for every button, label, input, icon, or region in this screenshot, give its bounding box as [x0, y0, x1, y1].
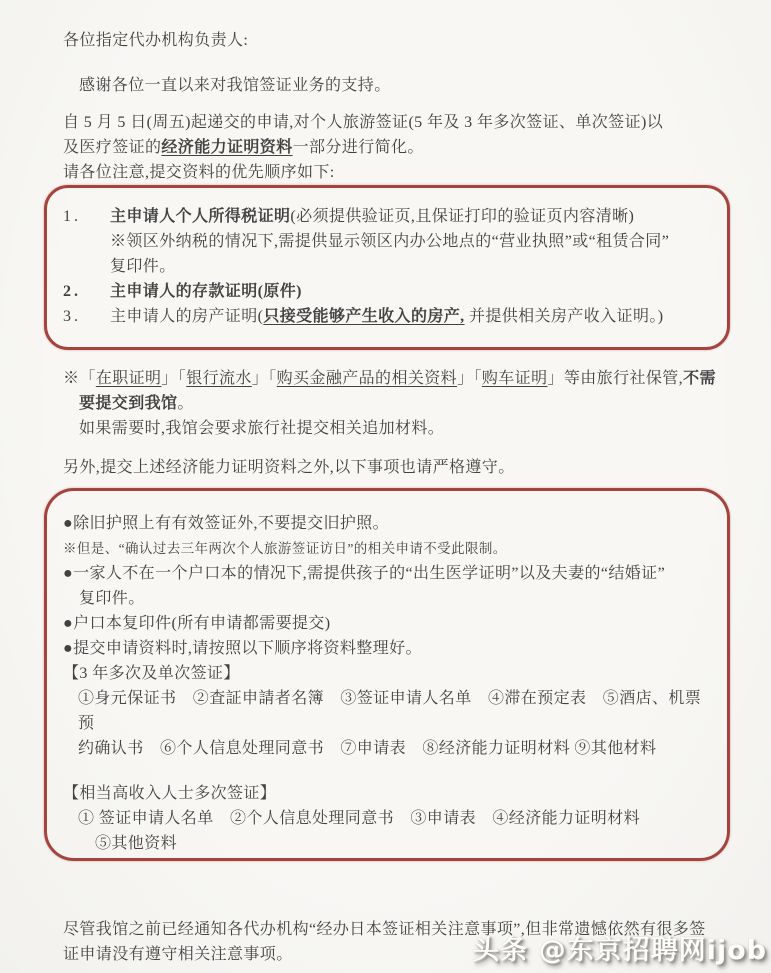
order-group-1-title: 【3 年多次及单次签证】 [63, 661, 713, 686]
order-group-2-line-1: ① 签证申请人名单 ②个人信息处理同意书 ③申请表 ④经济能力证明材料 [63, 806, 713, 831]
rule-family-hukou: ●一家人不在一个户口本的情况下,需提供孩子的“出生医学证明”以及夫妻的“结婚证” [63, 561, 713, 586]
priority-item-3: 3. 主申请人的房产证明(只接受能够产生收入的房产, 并提供相关房产收入证明。) [63, 304, 713, 329]
order-group-high-income: 【相当高收入人士多次签证】 ① 签证申请人名单 ②个人信息处理同意书 ③申请表 … [63, 781, 713, 856]
intro-line-3: 请各位注意,提交资料的优先顺序如下: [63, 160, 731, 185]
intro-line-2: 及医疗签证的经济能力证明资料一部分进行简化。 [63, 135, 731, 160]
priority-item-2-number: 2. [63, 279, 110, 304]
order-group-1-line-1: ①身元保证书 ②査証申請者名簿 ③签证申请人名单 ④滞在预定表 ⑤酒店、机票预 [63, 686, 713, 736]
priority-item-2-line-1: 主申请人的存款证明(原件) [110, 279, 713, 304]
priority-item-3-text: 主申请人的房产证明(只接受能够产生收入的房产, 并提供相关房产收入证明。) [110, 304, 713, 329]
priority-item-1-note-cont: 复印件。 [110, 254, 713, 279]
intro-line-1: 自 5 月 5 日(周五)起递交的申请,对个人旅游签证(5 年及 3 年多次签证… [63, 110, 731, 135]
thanks-paragraph: 感谢各位一直以来对我馆签证业务的支持。 [79, 73, 726, 98]
keep-note-line-1: ※「在职证明」「银行流水」「购买金融产品的相关资料」「购车证明」等由旅行社保管,… [63, 366, 731, 391]
rule-family-hukou-cont: 复印件。 [63, 586, 713, 611]
keep-note-line-2: 要提交到我馆。 [63, 391, 731, 416]
order-group-multi-single: 【3 年多次及单次签证】 ①身元保证书 ②査証申請者名簿 ③签证申请人名单 ④滞… [63, 661, 713, 761]
agency-keep-note: ※「在职证明」「银行流水」「购买金融产品的相关资料」「购车证明」等由旅行社保管,… [63, 366, 731, 441]
salutation: 各位指定代办机构负责人: [63, 28, 726, 53]
priority-item-2-text: 主申请人的存款证明(原件) [110, 279, 713, 304]
priority-item-3-number: 3. [63, 304, 110, 329]
rule-old-passport: ●除旧护照上有有效签证外,不要提交旧护照。 [63, 511, 713, 536]
priority-item-1: 1. 主申请人个人所得税证明(必须提供验证页,且保证打印的验证页内容清晰) ※领… [63, 204, 713, 279]
priority-item-3-line-1: 主申请人的房产证明(只接受能够产生收入的房产, 并提供相关房产收入证明。) [110, 304, 713, 329]
rule-document-order: ●提交申请资料时,请按照以下顺序将资料整理好。 [63, 636, 713, 661]
order-group-1-line-2: 约确认书 ⑥个人信息处理同意书 ⑦申请表 ⑧经济能力证明材料 ⑨其他材料 [63, 736, 713, 761]
notice-document-page: 各位指定代办机构负责人: 感谢各位一直以来对我馆签证业务的支持。 自 5 月 5… [0, 0, 771, 973]
rule-hukou-copy: ●户口本复印件(所有申请都需要提交) [63, 611, 713, 636]
priority-item-1-number: 1. [63, 204, 110, 279]
rule-old-passport-exception: ※但是、“确认过去三年两次个人旅游签证访日”的相关申请不受此限制。 [63, 536, 713, 561]
intro-paragraph: 自 5 月 5 日(周五)起递交的申请,对个人旅游签证(5 年及 3 年多次签证… [63, 110, 731, 185]
additional-rules-box: ●除旧护照上有有效签证外,不要提交旧护照。 ※但是、“确认过去三年两次个人旅游签… [44, 488, 730, 861]
priority-item-1-text: 主申请人个人所得税证明(必须提供验证页,且保证打印的验证页内容清晰) ※领区外纳… [110, 204, 713, 279]
keep-note-line-3: 如果需要时,我馆会要求旅行社提交相关追加材料。 [63, 416, 731, 441]
priority-documents-box: 1. 主申请人个人所得税证明(必须提供验证页,且保证打印的验证页内容清晰) ※领… [44, 185, 730, 350]
priority-item-1-line-1: 主申请人个人所得税证明(必须提供验证页,且保证打印的验证页内容清晰) [110, 204, 713, 229]
priority-item-1-note: ※领区外纳税的情况下,需提供显示领区内办公地点的“营业执照”或“租赁合同” [110, 229, 713, 254]
priority-item-2: 2. 主申请人的存款证明(原件) [63, 279, 713, 304]
order-group-2-line-2: ⑤其他资料 [63, 831, 713, 856]
toutiao-watermark: 头条 @东京招聘网ijob [472, 938, 767, 963]
additional-rules-intro: 另外,提交上述经济能力证明资料之外,以下事项也请严格遵守。 [63, 455, 731, 480]
order-group-2-title: 【相当高收入人士多次签证】 [63, 781, 713, 806]
